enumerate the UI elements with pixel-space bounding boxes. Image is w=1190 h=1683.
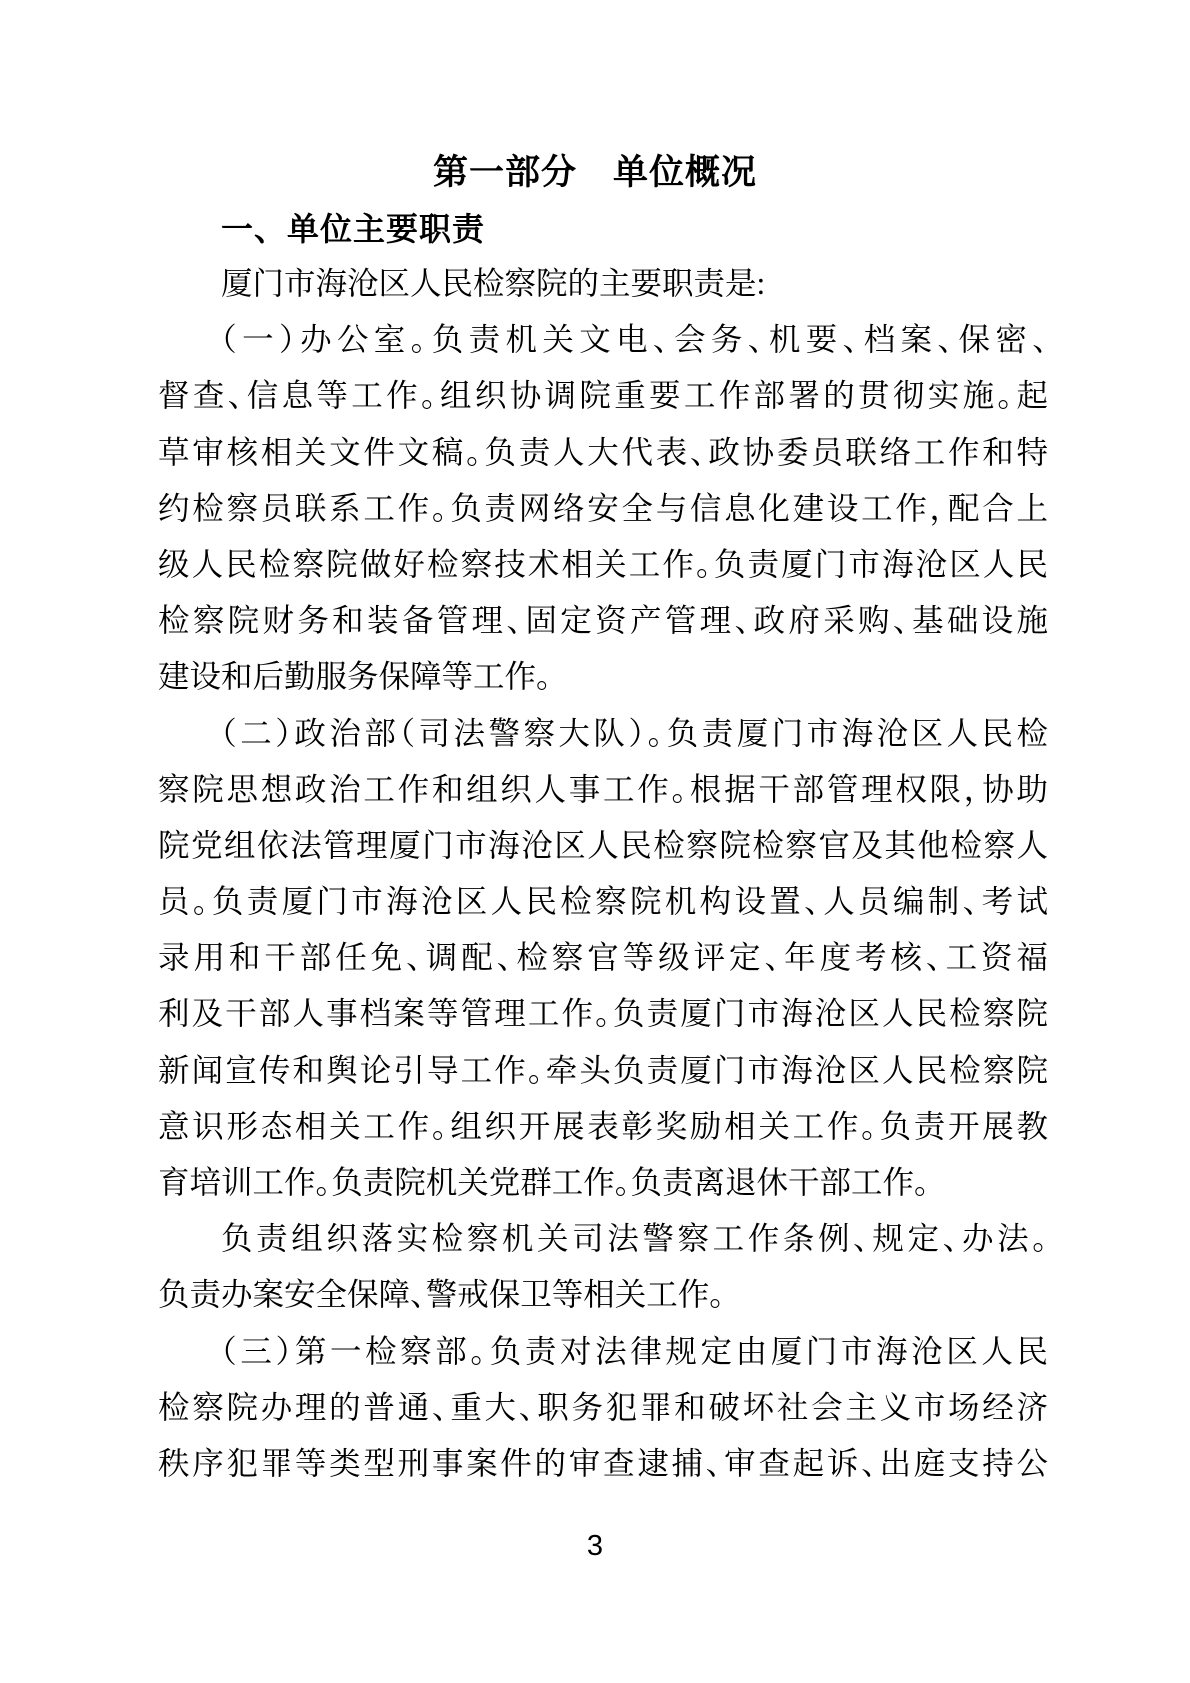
text-line: （二）政治部（司法警察大队）。负责厦门市海沧区人民检 bbox=[158, 706, 1048, 762]
text-line: （三）第一检察部。负责对法律规定由厦门市海沧区人民 bbox=[158, 1324, 1048, 1380]
paragraph: 负责组织落实检察机关司法警察工作条例、规定、办法。负责办案安全保障、警戒保卫等相… bbox=[158, 1211, 1048, 1323]
text-line: 检察院办理的普通、重大、职务犯罪和破坏社会主义市场经济 bbox=[158, 1380, 1048, 1436]
text-line: 院党组依法管理厦门市海沧区人民检察院检察官及其他检察人 bbox=[158, 818, 1048, 874]
page-title: 第一部分 单位概况 bbox=[0, 150, 1190, 196]
text-line: （一）办公室。负责机关文电、会务、机要、档案、保密、 bbox=[158, 312, 1048, 368]
paragraph: （一）办公室。负责机关文电、会务、机要、档案、保密、督查、信息等工作。组织协调院… bbox=[158, 312, 1048, 705]
document-page: 第一部分 单位概况 一、单位主要职责 厦门市海沧区人民检察院的主要职责是:（一）… bbox=[0, 0, 1190, 1683]
text-line: 检察院财务和装备管理、固定资产管理、政府采购、基础设施 bbox=[158, 593, 1048, 649]
text-line: 约检察员联系工作。负责网络安全与信息化建设工作，配合上 bbox=[158, 481, 1048, 537]
text-line: 察院思想政治工作和组织人事工作。根据干部管理权限，协助 bbox=[158, 762, 1048, 818]
text-line: 新闻宣传和舆论引导工作。牵头负责厦门市海沧区人民检察院 bbox=[158, 1043, 1048, 1099]
text-line: 负责组织落实检察机关司法警察工作条例、规定、办法。 bbox=[158, 1211, 1048, 1267]
text-line: 草审核相关文件文稿。负责人大代表、政协委员联络工作和特 bbox=[158, 425, 1048, 481]
paragraph: 厦门市海沧区人民检察院的主要职责是: bbox=[158, 256, 1048, 312]
text-line: 负责办案安全保障、警戒保卫等相关工作。 bbox=[158, 1267, 1048, 1323]
text-line: 督查、信息等工作。组织协调院重要工作部署的贯彻实施。起 bbox=[158, 368, 1048, 424]
text-line: 利及干部人事档案等管理工作。负责厦门市海沧区人民检察院 bbox=[158, 986, 1048, 1042]
text-line: 级人民检察院做好检察技术相关工作。负责厦门市海沧区人民 bbox=[158, 537, 1048, 593]
paragraph: （二）政治部（司法警察大队）。负责厦门市海沧区人民检察院思想政治工作和组织人事工… bbox=[158, 706, 1048, 1212]
section-heading: 一、单位主要职责 bbox=[221, 206, 485, 252]
text-line: 厦门市海沧区人民检察院的主要职责是: bbox=[158, 256, 1048, 312]
text-line: 秩序犯罪等类型刑事案件的审查逮捕、审查起诉、出庭支持公 bbox=[158, 1436, 1048, 1492]
text-line: 录用和干部任免、调配、检察官等级评定、年度考核、工资福 bbox=[158, 930, 1048, 986]
text-line: 建设和后勤服务保障等工作。 bbox=[158, 649, 1048, 705]
text-line: 员。负责厦门市海沧区人民检察院机构设置、人员编制、考试 bbox=[158, 874, 1048, 930]
paragraph: （三）第一检察部。负责对法律规定由厦门市海沧区人民检察院办理的普通、重大、职务犯… bbox=[158, 1324, 1048, 1493]
text-line: 育培训工作。负责院机关党群工作。负责离退休干部工作。 bbox=[158, 1155, 1048, 1211]
document-body: 厦门市海沧区人民检察院的主要职责是:（一）办公室。负责机关文电、会务、机要、档案… bbox=[158, 256, 1048, 1492]
page-number: 3 bbox=[0, 1528, 1190, 1564]
text-line: 意识形态相关工作。组织开展表彰奖励相关工作。负责开展教 bbox=[158, 1099, 1048, 1155]
